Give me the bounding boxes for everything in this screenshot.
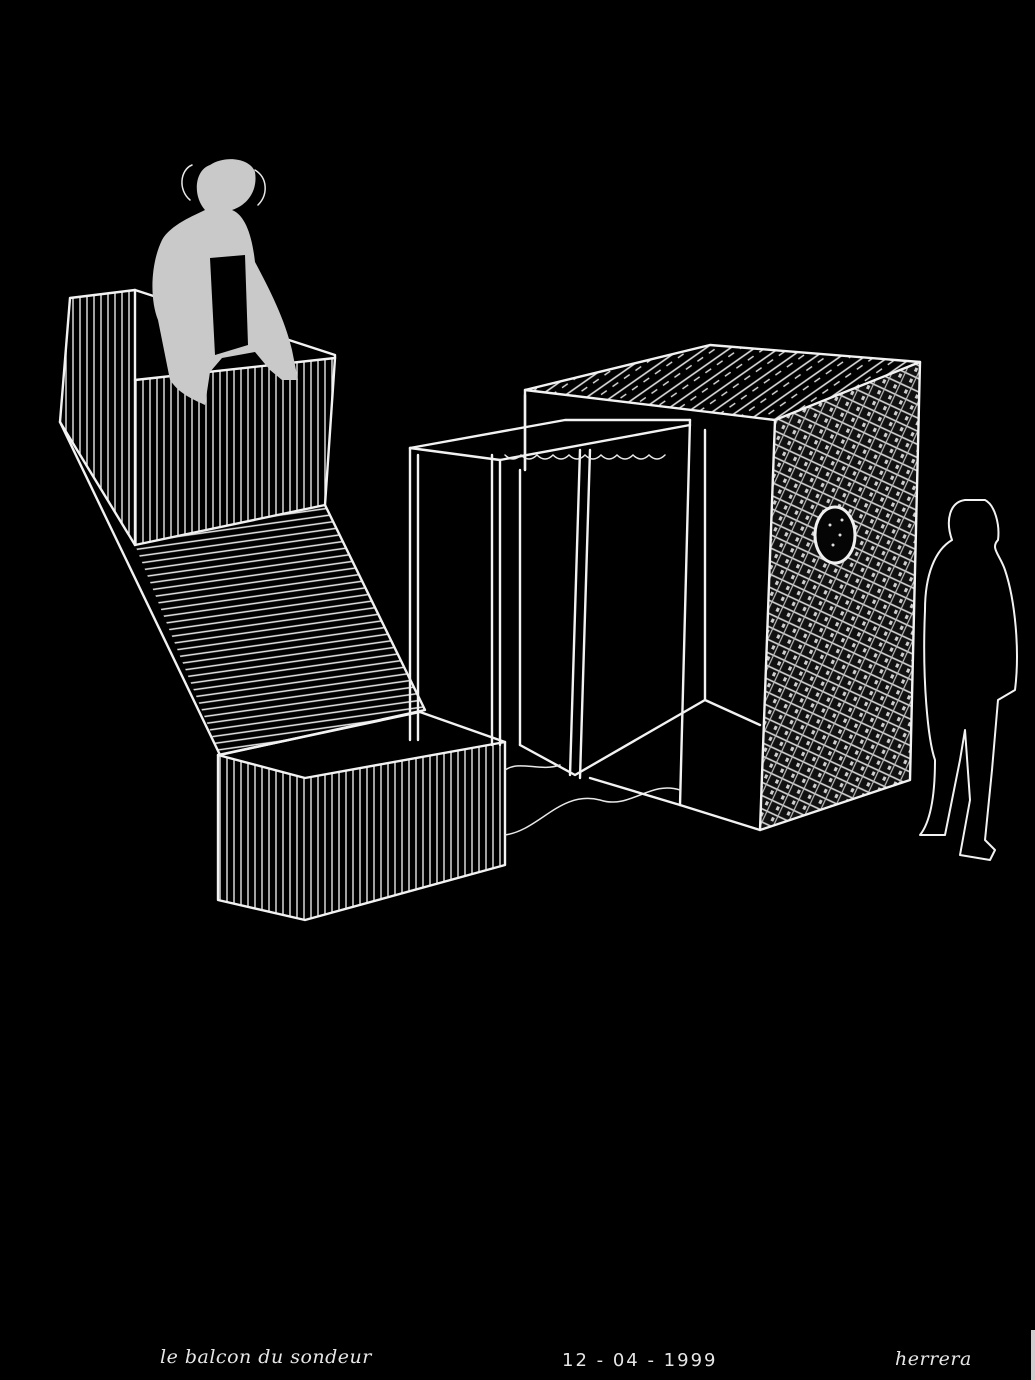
porthole <box>815 507 855 563</box>
cabinet <box>525 345 920 830</box>
drawing-canvas <box>0 0 1035 1380</box>
artist-signature: herrera <box>895 1348 972 1370</box>
artwork-title: le balcon du sondeur <box>160 1346 372 1368</box>
artwork-date: 12 - 04 - 1999 <box>562 1350 718 1371</box>
standing-figure-grey <box>152 159 298 405</box>
paper-edge <box>1031 1330 1035 1380</box>
standing-figure-outline <box>920 500 1017 860</box>
